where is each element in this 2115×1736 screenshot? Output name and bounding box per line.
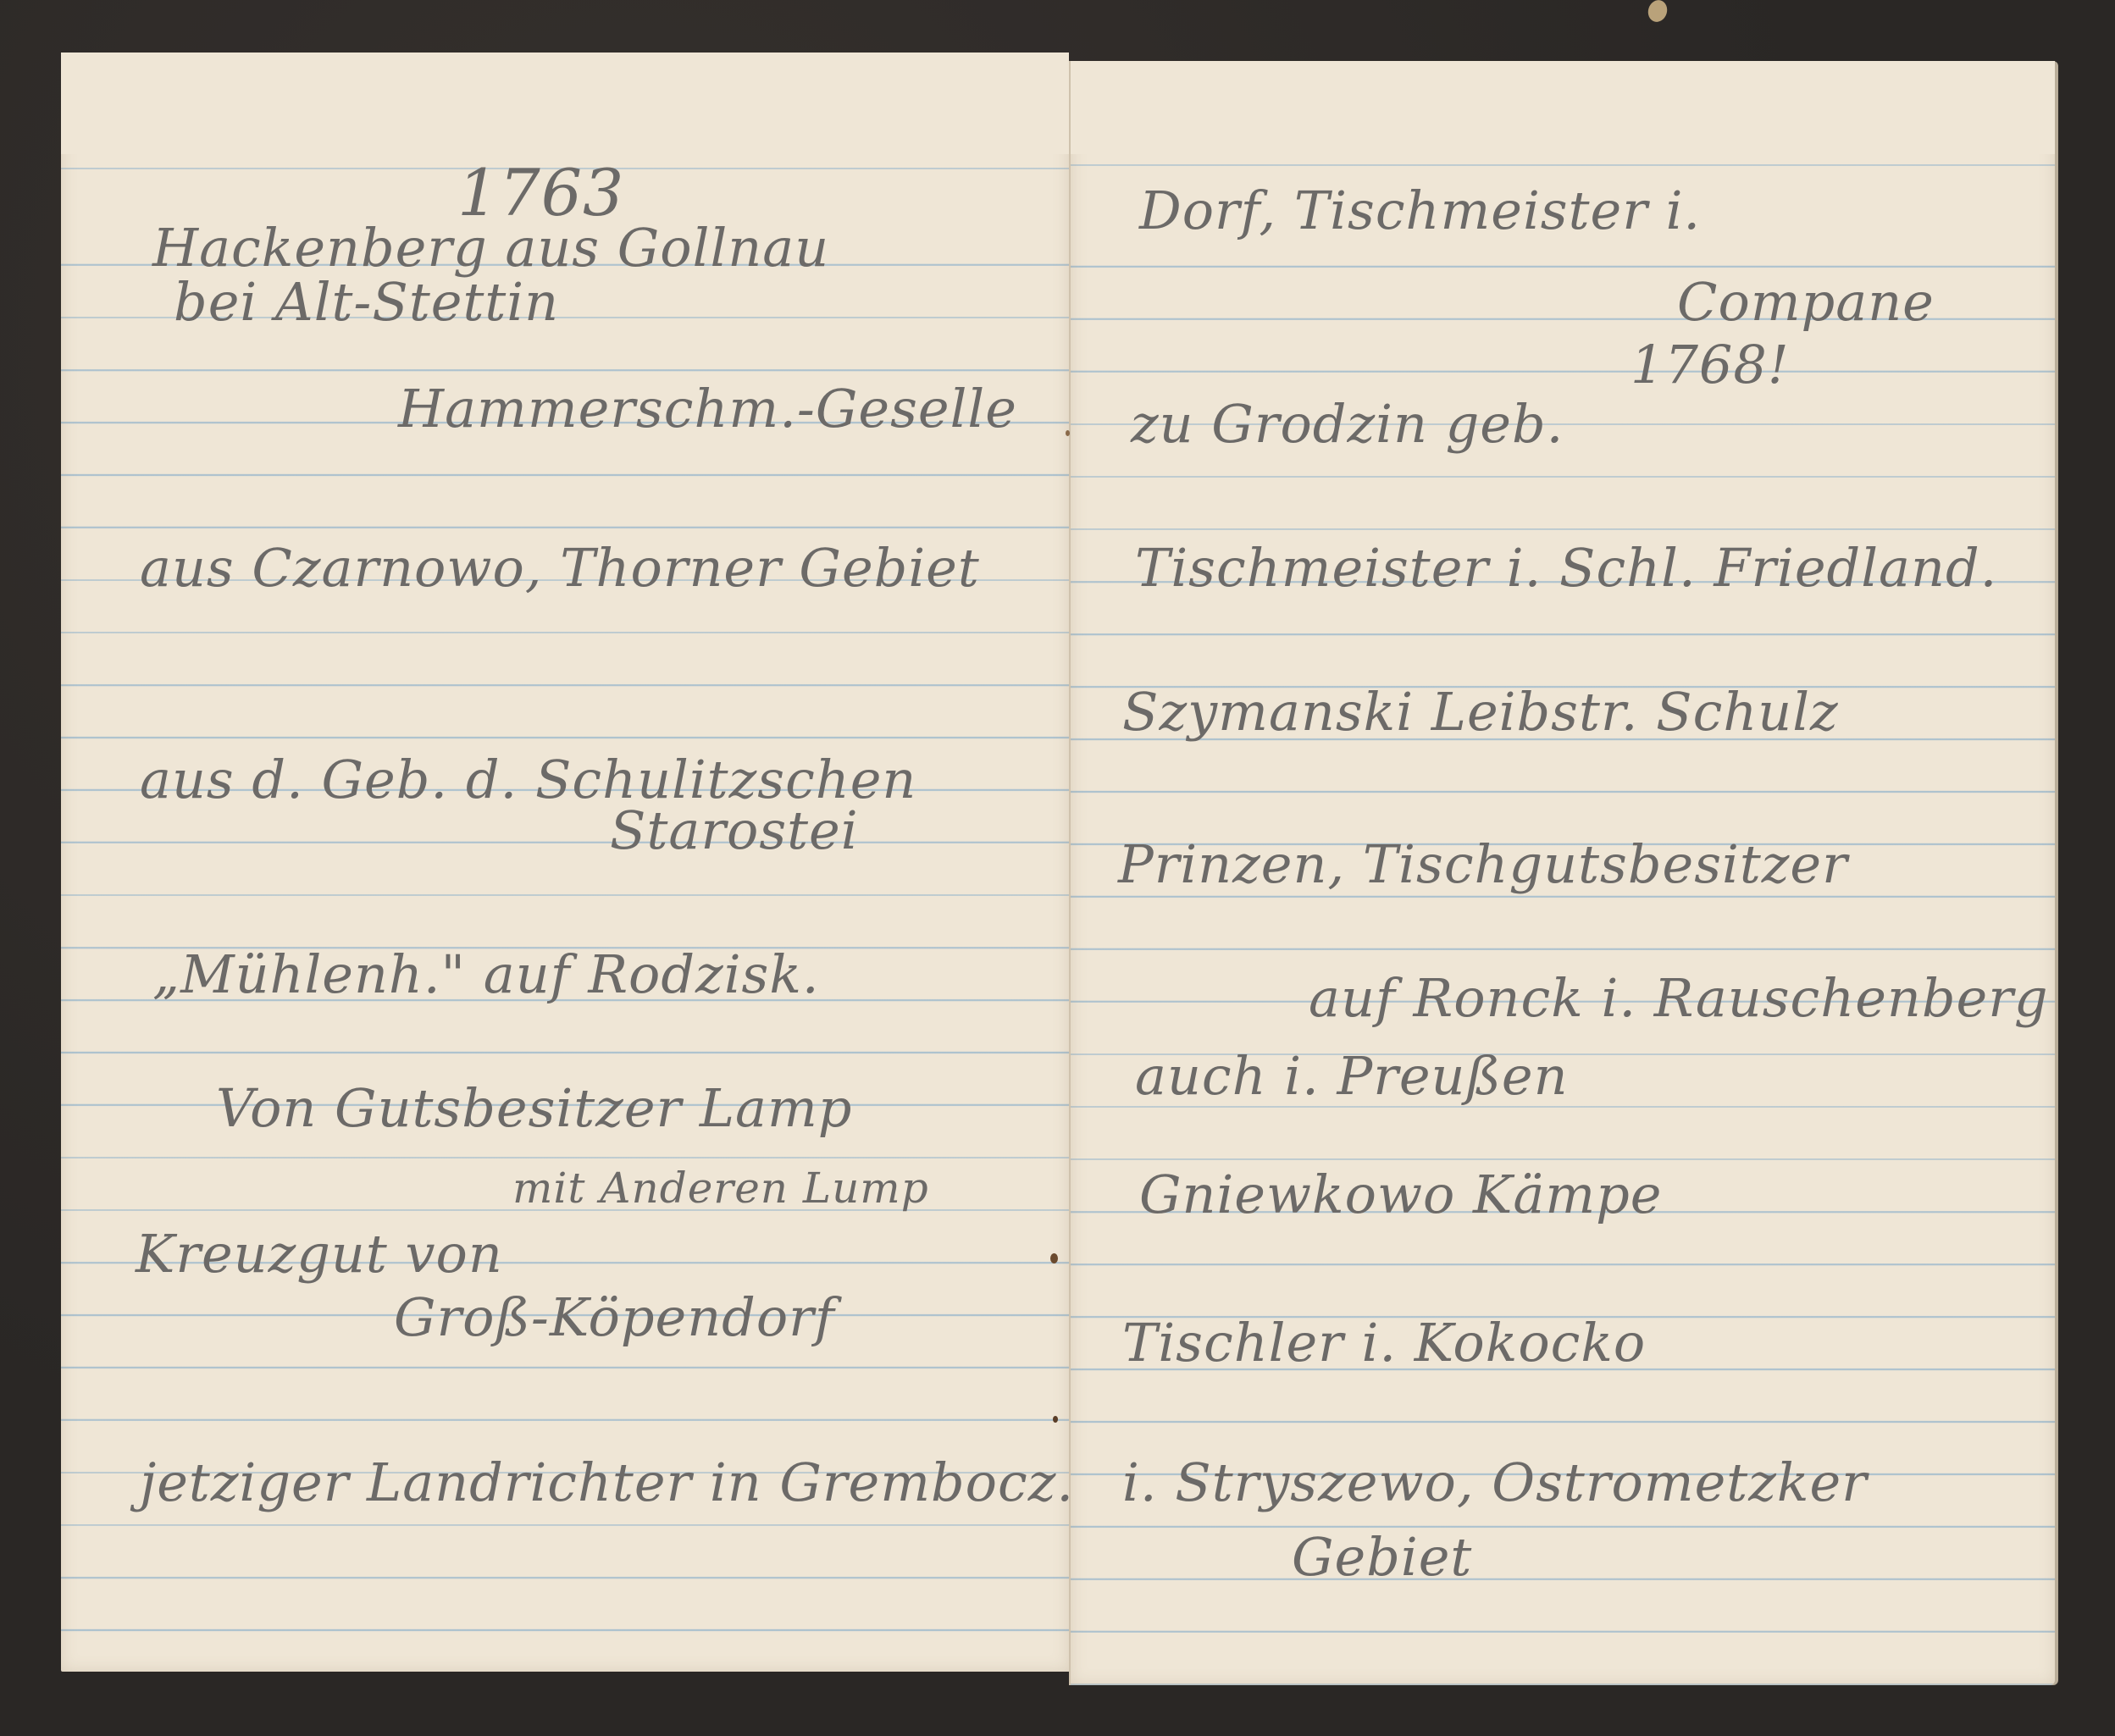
handwritten-line: Starostei <box>610 804 859 857</box>
handwritten-line: Kreuzgut von <box>136 1228 503 1280</box>
handwritten-line: Hammerschm.-Geselle <box>398 383 1017 435</box>
handwritten-line: Prinzen, Tischgutsbesitzer <box>1118 838 1848 891</box>
handwritten-line: bei Alt-Stettin <box>174 276 559 329</box>
scan-background: 1763Hackenberg aus Gollnaubei Alt-Stetti… <box>0 0 2115 1736</box>
handwritten-line: Von Gutsbesitzer Lamp <box>216 1082 853 1135</box>
binding-hole-icon <box>1050 1253 1058 1263</box>
handwritten-line: „Mühlenh." auf Rodzisk. <box>152 948 820 1001</box>
handwritten-line: auch i. Preußen <box>1135 1050 1569 1103</box>
binding-hole-icon <box>1053 1416 1058 1423</box>
handwritten-line: Groß-Köpendorf <box>394 1291 835 1344</box>
handwritten-line: Tischler i. Kokocko <box>1122 1317 1646 1369</box>
handwritten-line: jetziger Landrichter in Grembocz. <box>140 1457 1074 1509</box>
handwritten-line: Compane <box>1677 276 1935 329</box>
handwritten-line: aus d. Geb. d. Schulitzschen <box>140 754 916 806</box>
handwritten-line: Tischmeister i. Schl. Friedland. <box>1135 542 1997 594</box>
top-margin <box>1071 61 2055 154</box>
handwritten-line: zu Grodzin geb. <box>1131 398 1564 451</box>
top-margin <box>61 53 1069 154</box>
stain-mark <box>1646 0 1670 25</box>
handwritten-line: auf Ronck i. Rauschenberg <box>1309 972 2049 1025</box>
handwritten-line: Szymanski Leibstr. Schulz <box>1122 686 1839 738</box>
binding-mark-icon <box>1066 430 1070 436</box>
handwritten-line: i. Stryszewo, Ostrometzker <box>1122 1457 1868 1509</box>
handwritten-line: Dorf, Tischmeister i. <box>1139 185 1701 237</box>
handwritten-line: aus Czarnowo, Thorner Gebiet <box>140 542 980 594</box>
handwritten-line: 1763 <box>457 161 624 225</box>
handwritten-line: Hackenberg aus Gollnau <box>152 222 829 274</box>
handwritten-line: mit Anderen Lump <box>512 1167 929 1209</box>
handwritten-line: Gebiet <box>1292 1531 1472 1584</box>
handwritten-line: 1768! <box>1631 339 1790 391</box>
handwritten-line: Gniewkowo Kämpe <box>1139 1169 1663 1221</box>
